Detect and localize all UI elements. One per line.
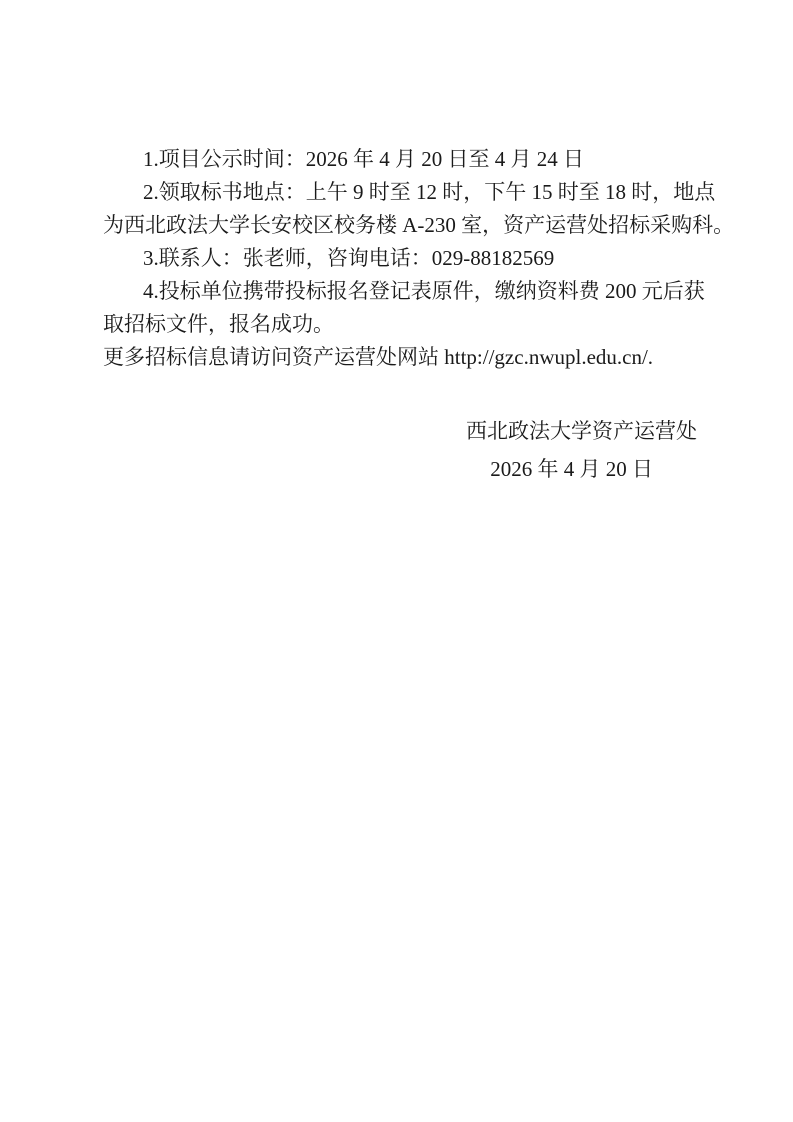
item-4-registration-line-1: 4.投标单位携带投标报名登记表原件，缴纳资料费 200 元后获	[103, 275, 697, 308]
website-url: http://gzc.nwupl.edu.cn/.	[444, 345, 653, 369]
item-2-pickup-location-line-1: 2.领取标书地点：上午 9 时至 12 时，下午 15 时至 18 时，地点	[103, 176, 697, 209]
more-info-text: 更多招标信息请访问资产运营处网站	[103, 345, 444, 369]
document-body: 1.项目公示时间：2026 年 4 月 20 日至 4 月 24 日 2.领取标…	[103, 143, 697, 488]
item-4-registration-line-2: 取招标文件，报名成功。	[103, 308, 697, 341]
signature-organization: 西北政法大学资产运营处	[103, 412, 697, 450]
item-1-publicity-period: 1.项目公示时间：2026 年 4 月 20 日至 4 月 24 日	[103, 143, 697, 176]
item-3-contact-person: 3.联系人：张老师，咨询电话：029-88182569	[103, 242, 697, 275]
signature-date: 2026 年 4 月 20 日	[103, 450, 697, 488]
more-info-line: 更多招标信息请访问资产运营处网站 http://gzc.nwupl.edu.cn…	[103, 341, 697, 374]
item-2-pickup-location-line-2: 为西北政法大学长安校区校务楼 A-230 室，资产运营处招标采购科。	[103, 209, 697, 242]
document-page: 1.项目公示时间：2026 年 4 月 20 日至 4 月 24 日 2.领取标…	[0, 0, 793, 1122]
